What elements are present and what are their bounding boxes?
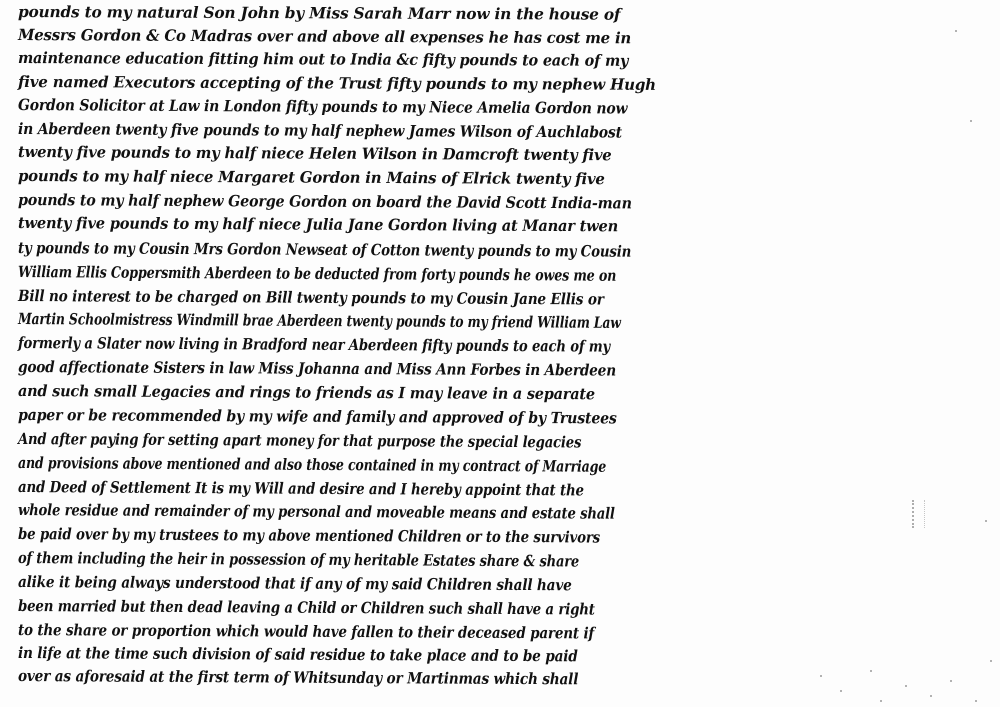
manuscript-line: alike it being always understood that if…: [18, 572, 572, 594]
manuscript-line: twenty five pounds to my half niece Hele…: [18, 142, 612, 164]
scan-speck: [990, 660, 992, 662]
scan-speck: [985, 520, 987, 522]
manuscript-line: five named Executors accepting of the Tr…: [18, 72, 656, 94]
scanned-manuscript-page: pounds to my natural Son John by Miss Sa…: [0, 0, 1000, 707]
scan-speck: [820, 675, 822, 677]
manuscript-line: William Ellis Coppersmith Aberdeen to be…: [18, 262, 616, 285]
manuscript-line: Messrs Gordon & Co Madras over and above…: [18, 25, 631, 47]
manuscript-line: of them including the heir in possession…: [18, 548, 579, 570]
scan-speck: [880, 700, 882, 702]
scan-speck: [905, 685, 907, 687]
manuscript-line: whole residue and remainder of my person…: [18, 500, 615, 523]
manuscript-line: pounds to my half niece Margaret Gordon …: [18, 166, 605, 188]
manuscript-line: been married but then dead leaving a Chi…: [18, 596, 595, 619]
manuscript-line: to the share or proportion which would h…: [18, 620, 594, 642]
scan-speck: [975, 700, 977, 702]
manuscript-line: and Deed of Settlement It is my Will and…: [18, 477, 584, 499]
manuscript-line: formerly a Slater now living in Bradford…: [18, 333, 610, 356]
scan-speck: [970, 120, 972, 122]
manuscript-line: over as aforesaid at the first term of W…: [18, 666, 578, 688]
manuscript-line: and provisions above mentioned and also …: [18, 453, 606, 476]
scan-speck: [950, 680, 952, 682]
scan-speck: [870, 670, 872, 672]
manuscript-line: paper or be recommended by my wife and f…: [18, 405, 617, 427]
manuscript-line: pounds to my natural Son John by Miss Sa…: [18, 2, 620, 24]
scan-smudge: [912, 500, 925, 528]
manuscript-line: good affectionate Sisters in law Miss Jo…: [18, 357, 616, 380]
manuscript-line: ty pounds to my Cousin Mrs Gordon Newsea…: [18, 238, 631, 261]
manuscript-line: Bill no interest to be charged on Bill t…: [18, 286, 604, 308]
manuscript-line: and such small Legacies and rings to fri…: [18, 381, 595, 403]
manuscript-line: Gordon Solicitor at Law in London fifty …: [18, 95, 627, 118]
manuscript-line: in Aberdeen twenty five pounds to my hal…: [18, 119, 622, 142]
manuscript-line: pounds to my half nephew George Gordon o…: [18, 190, 632, 212]
manuscript-line: And after paying for setting apart money…: [18, 429, 581, 451]
scan-speck: [840, 690, 842, 692]
scan-speck: [930, 695, 932, 697]
manuscript-line: Martin Schoolmistress Windmill brae Aber…: [18, 309, 621, 332]
manuscript-line: be paid over by my trustees to my above …: [18, 524, 600, 547]
manuscript-line: maintenance education fitting him out to…: [18, 48, 628, 70]
manuscript-line: in life at the time such division of sai…: [18, 643, 578, 665]
scan-speck: [955, 30, 957, 32]
manuscript-line: twenty five pounds to my half niece Juli…: [18, 213, 618, 235]
